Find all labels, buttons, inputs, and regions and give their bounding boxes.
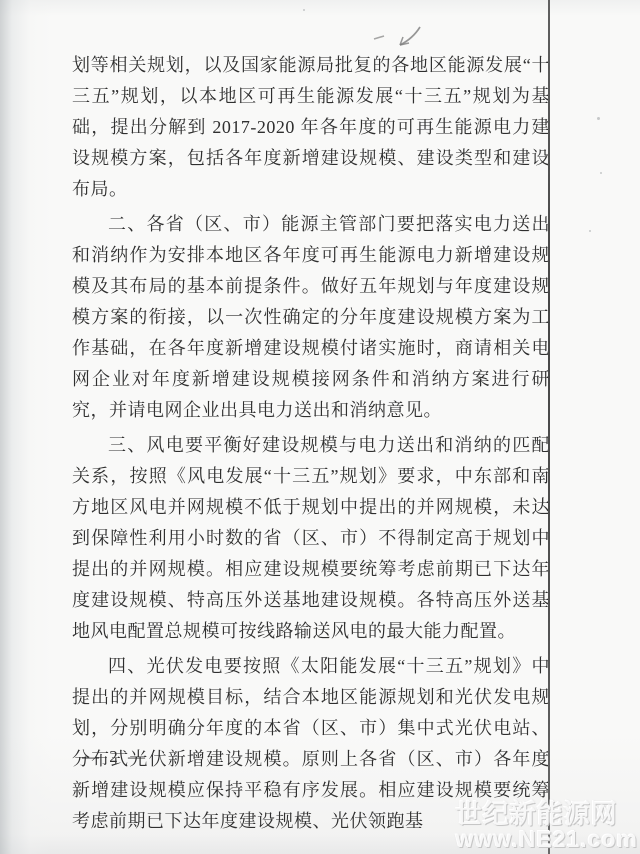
scan-speck [303,9,305,11]
watermark-site-url: www.NE21.com [456,828,638,851]
paragraph-item-2: 二、各省（区、市）能源主管部门要把落实电力送出和消纳作为安排本地区各年度可再生能… [72,209,550,426]
paragraph-continued: 划等相关规划，以及国家能源局批复的各地区能源发展“十三五”规划，以本地区可再生能… [72,50,550,205]
scan-speck [589,230,591,232]
watermark-site-name: 世纪新能源网 [456,801,638,827]
page-border-line [548,0,550,854]
watermark-logo: 世纪新能源网 www.NE21.com [456,801,638,851]
scan-speck [597,117,600,120]
page-number: — 2 — [82,747,148,767]
scanned-document-page: 划等相关规划，以及国家能源局批复的各地区能源发展“十三五”规划，以本地区可再生能… [0,0,640,854]
scan-speck [600,172,602,174]
paragraph-item-3: 三、风电要平衡好建设规模与电力送出和消纳的匹配关系，按照《风电发展“十三五”规划… [72,430,550,647]
document-body-text: 划等相关规划，以及国家能源局批复的各地区能源发展“十三五”规划，以本地区可再生能… [72,50,550,841]
